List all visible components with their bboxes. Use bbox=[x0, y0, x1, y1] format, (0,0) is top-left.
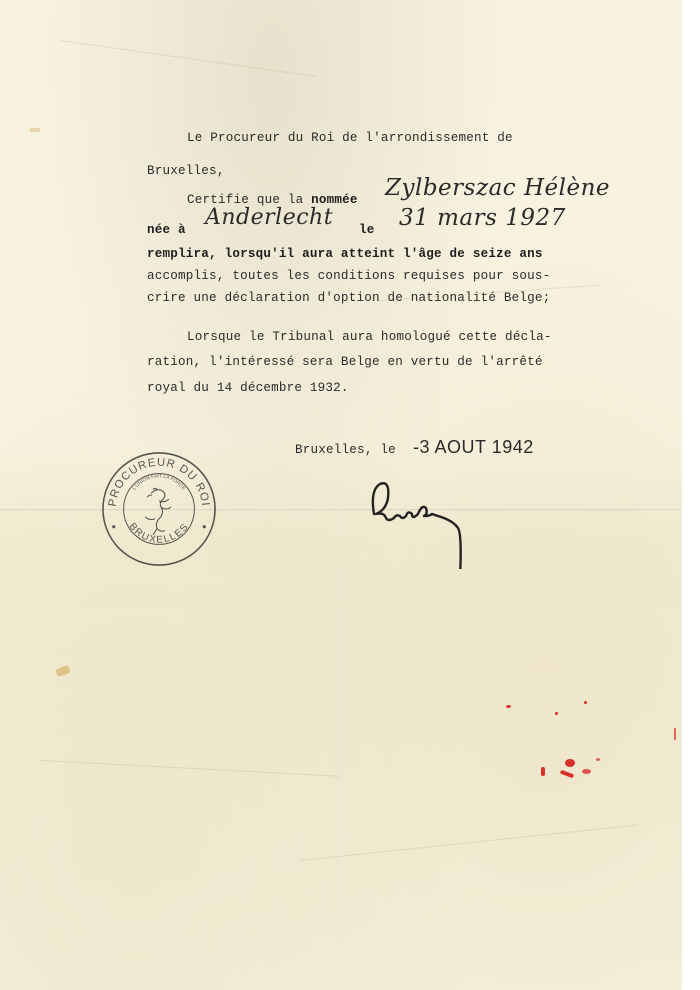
red-stain bbox=[555, 712, 558, 715]
line-5: remplira, lorsqu'il aura atteint l'âge d… bbox=[147, 244, 543, 264]
vertical-fold-line bbox=[338, 0, 340, 990]
line-6: accomplis, toutes les conditions requise… bbox=[147, 266, 550, 286]
stamp-top-text: PROCUREUR DU ROI bbox=[107, 457, 212, 508]
line-9: ration, l'intéressé sera Belge en vertu … bbox=[147, 352, 543, 372]
paper-smudge bbox=[55, 665, 71, 677]
red-stain bbox=[674, 728, 676, 740]
red-stain bbox=[582, 769, 591, 774]
red-stain bbox=[506, 705, 511, 708]
red-stain bbox=[565, 759, 575, 767]
place-text: Bruxelles, le bbox=[295, 443, 396, 457]
stamp-bottom-text: BRUXELLES bbox=[126, 521, 191, 546]
date-stamp: -3 AOUT 1942 bbox=[413, 437, 534, 457]
paper-smudge bbox=[30, 128, 40, 132]
line-7: crire une déclaration d'option de nation… bbox=[147, 288, 550, 308]
signature-icon bbox=[362, 474, 482, 569]
document-paper: Le Procureur du Roi de l'arrondissement … bbox=[0, 0, 681, 990]
svg-text:BRUXELLES: BRUXELLES bbox=[126, 521, 191, 546]
red-stain bbox=[584, 701, 587, 704]
paper-crease bbox=[300, 824, 638, 861]
line-10: royal du 14 décembre 1932. bbox=[147, 378, 349, 398]
paper-crease bbox=[60, 40, 318, 77]
handwritten-birthplace: Anderlecht bbox=[205, 208, 333, 228]
official-seal-stamp: PROCUREUR DU ROI BRUXELLES L'UNION FAIT … bbox=[100, 450, 218, 568]
paper-crease bbox=[40, 760, 340, 777]
handwritten-birthdate: 31 mars 1927 bbox=[399, 208, 566, 228]
red-stain bbox=[560, 770, 575, 779]
born-at-label: née à bbox=[147, 223, 186, 237]
line-2: Bruxelles, bbox=[147, 161, 225, 181]
handwritten-name: Zylberszac Hélène bbox=[385, 178, 610, 198]
line-1: Le Procureur du Roi de l'arrondissement … bbox=[187, 128, 513, 148]
city-text: Bruxelles, bbox=[147, 164, 225, 178]
line-4: née à bbox=[147, 220, 186, 240]
red-stain bbox=[596, 758, 600, 761]
lion-emblem-icon bbox=[145, 488, 171, 534]
place-date-line: Bruxelles, le bbox=[295, 440, 396, 460]
on-label: le bbox=[359, 220, 375, 240]
red-stain bbox=[541, 767, 545, 776]
svg-text:PROCUREUR DU ROI: PROCUREUR DU ROI bbox=[107, 457, 212, 508]
line-8: Lorsque le Tribunal aura homologué cette… bbox=[187, 327, 552, 347]
